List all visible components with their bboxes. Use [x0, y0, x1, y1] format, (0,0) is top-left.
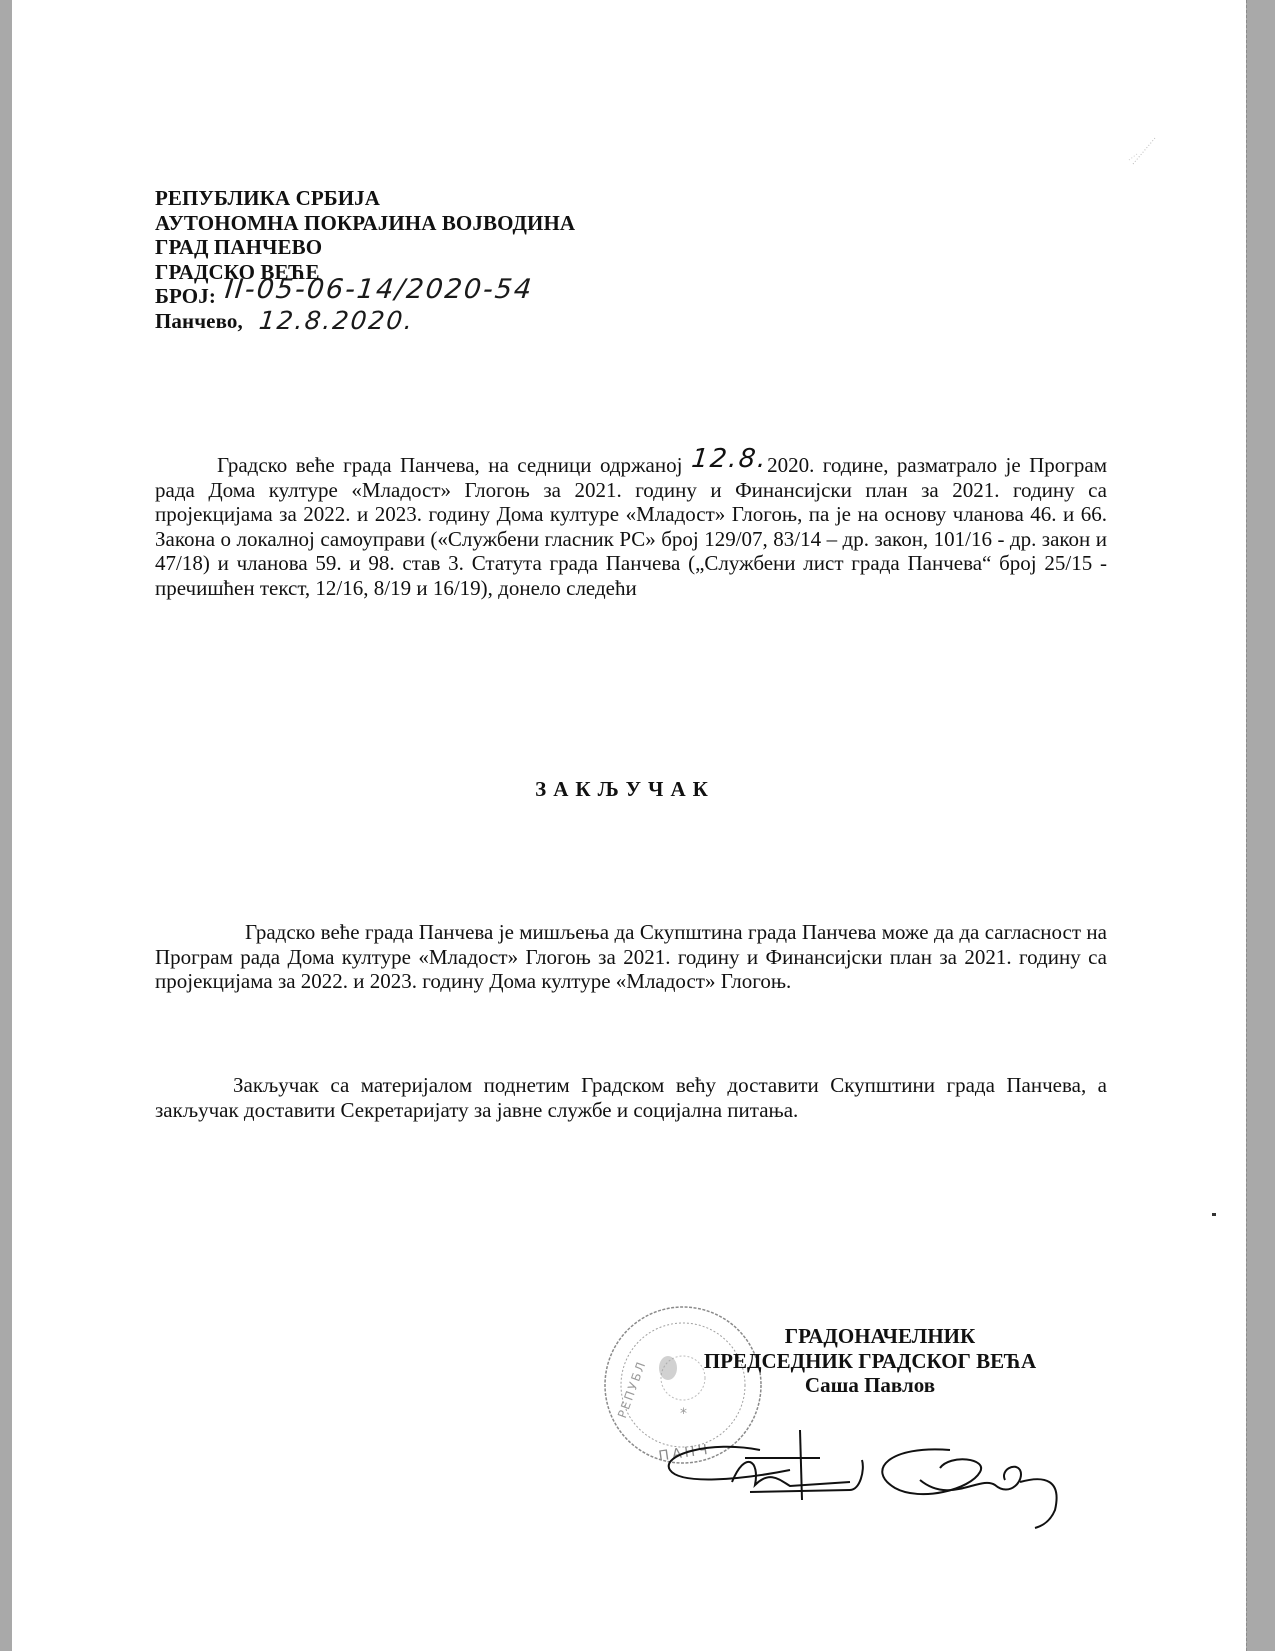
signatory-title: ГРАДОНАЧЕЛНИК — [620, 1324, 1120, 1349]
header-province: АУТОНОМНА ПОКРАЈИНА ВОЈВОДИНА — [155, 211, 575, 236]
place-label: Панчево, — [155, 309, 243, 333]
document-title: ЗАКЉУЧАК — [0, 777, 1250, 802]
handwritten-signature-icon — [650, 1410, 1070, 1530]
number-label: БРОЈ: — [155, 284, 216, 308]
header-country: РЕПУБЛИКА СРБИЈА — [155, 186, 575, 211]
conclusion-paragraph-1: Градско веће града Панчева је мишљења да… — [155, 920, 1107, 994]
date-handwritten: 12.8.2020. — [258, 309, 416, 334]
signature-block: ГРАДОНАЧЕЛНИК ПРЕДСЕДНИК ГРАДСКОГ ВЕЋА С… — [620, 1324, 1120, 1398]
header-city: ГРАД ПАНЧЕВО — [155, 235, 575, 260]
preamble-text-start: Градско веће града Панчева, на седници о… — [217, 453, 682, 477]
conclusion-paragraph-2: Закључак са материјалом поднетим Градско… — [155, 1073, 1107, 1122]
session-date-handwritten: 12.8. — [690, 447, 769, 472]
signatory-position: ПРЕДСЕДНИК ГРАДСКОГ ВЕЋА — [620, 1349, 1120, 1374]
header-place-date-row: Панчево, 12.8.2020. — [155, 309, 575, 334]
scan-border-left — [0, 0, 12, 1651]
scan-speck-mark — [1125, 130, 1165, 170]
number-handwritten: II-05-06-14/2020-54 — [224, 278, 535, 303]
document-header: РЕПУБЛИКА СРБИЈА АУТОНОМНА ПОКРАЈИНА ВОЈ… — [155, 186, 575, 334]
scan-dot-mark — [1212, 1213, 1216, 1216]
conclusion-text-2: Закључак са материјалом поднетим Градско… — [155, 1073, 1107, 1122]
preamble-paragraph: Градско веће града Панчева, на седници о… — [155, 452, 1107, 600]
scan-border-right — [1246, 0, 1275, 1651]
signatory-name: Саша Павлов — [620, 1373, 1120, 1398]
conclusion-text-1: Градско веће града Панчева је мишљења да… — [155, 920, 1107, 993]
